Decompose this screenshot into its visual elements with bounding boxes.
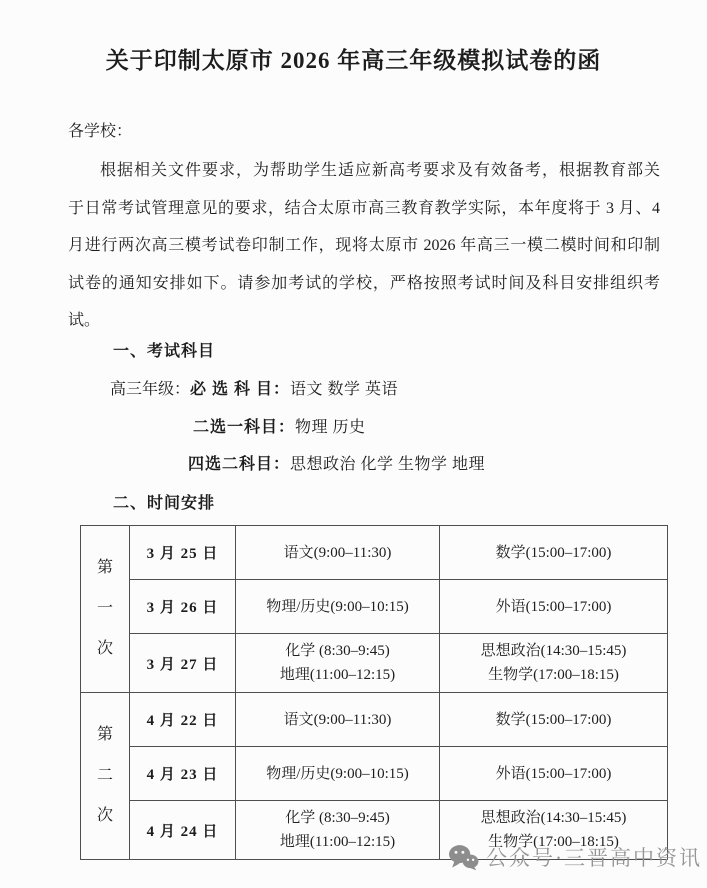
- section-heading-time-schedule: 二、时间安排: [113, 490, 215, 513]
- morning-exam-cell: 语文(9:00–11:30): [236, 693, 440, 747]
- table-row: 4 月 23 日 物理/历史(9:00–10:15) 外语(15:00–17:0…: [81, 747, 668, 801]
- date-cell: 4 月 24 日: [130, 801, 236, 860]
- table-row: 3 月 26 日 物理/历史(9:00–10:15) 外语(15:00–17:0…: [81, 580, 668, 634]
- choose-one-value: 物理 历史: [295, 419, 366, 436]
- body-paragraph: 根据相关文件要求，为帮助学生适应新高考要求及有效备考，根据教育部关 于日常考试管…: [68, 152, 660, 340]
- body-line: 于日常考试管理意见的要求，结合太原市高三教育教学实际，本年度将于 3 月、4: [68, 190, 660, 228]
- salutation: 各学校：: [68, 118, 132, 141]
- table-row: 第一次 3 月 25 日 语文(9:00–11:30) 数学(15:00–17:…: [81, 526, 668, 580]
- date-cell: 4 月 23 日: [130, 747, 236, 801]
- body-line: 试。: [68, 302, 660, 340]
- body-line: 月进行两次高三模考试卷印制工作，现将太原市 2026 年高三一模二模时间和印制: [68, 227, 660, 265]
- afternoon-exam-cell: 思想政治(14:30–15:45)生物学(17:00–18:15): [440, 634, 668, 693]
- morning-exam-cell: 化学 (8:30–9:45)地理(11:00–12:15): [236, 801, 440, 860]
- morning-exam-cell: 化学 (8:30–9:45)地理(11:00–12:15): [236, 634, 440, 693]
- document-page: { "title": "关于印制太原市 2026 年高三年级模拟试卷的函", "…: [0, 0, 707, 888]
- morning-exam-cell: 物理/历史(9:00–10:15): [236, 747, 440, 801]
- body-line: 根据相关文件要求，为帮助学生适应新高考要求及有效备考，根据教育部关: [68, 152, 660, 190]
- grade-label: 高三年级：: [110, 381, 190, 398]
- date-cell: 3 月 25 日: [130, 526, 236, 580]
- choose-two-subjects-line: 四选二科目：思想政治 化学 生物学 地理: [188, 451, 485, 474]
- morning-exam-cell: 物理/历史(9:00–10:15): [236, 580, 440, 634]
- watermark: 公众号·三晋高中资讯: [448, 842, 702, 872]
- body-line: 试卷的通知安排如下。请参加考试的学校，严格按照考试时间及科目安排组织考: [68, 265, 660, 303]
- exam-schedule-table: 第一次 3 月 25 日 语文(9:00–11:30) 数学(15:00–17:…: [80, 525, 668, 860]
- section-heading-exam-subjects: 一、考试科目: [113, 338, 215, 361]
- choose-one-label: 二选一科目：: [193, 419, 295, 436]
- afternoon-exam-cell: 外语(15:00–17:00): [440, 747, 668, 801]
- choose-one-subjects-line: 二选一科目：物理 历史: [193, 414, 366, 437]
- document-title: 关于印制太原市 2026 年高三年级模拟试卷的函: [0, 42, 707, 75]
- afternoon-exam-cell: 数学(15:00–17:00): [440, 693, 668, 747]
- wechat-icon: [448, 844, 479, 871]
- required-subjects-line: 高三年级：必 选 科 目：语文 数学 英语: [110, 376, 398, 399]
- date-cell: 4 月 22 日: [130, 693, 236, 747]
- table-row: 第二次 4 月 22 日 语文(9:00–11:30) 数学(15:00–17:…: [81, 693, 668, 747]
- session-group-name: 第一次: [96, 548, 114, 670]
- afternoon-exam-cell: 外语(15:00–17:00): [440, 580, 668, 634]
- session-group-name: 第二次: [96, 715, 114, 837]
- date-cell: 3 月 27 日: [130, 634, 236, 693]
- required-subjects-value: 语文 数学 英语: [290, 381, 398, 398]
- date-cell: 3 月 26 日: [130, 580, 236, 634]
- table-row: 3 月 27 日 化学 (8:30–9:45)地理(11:00–12:15) 思…: [81, 634, 668, 693]
- session-group-cell: 第二次: [81, 693, 130, 860]
- choose-two-label: 四选二科目：: [188, 456, 290, 473]
- choose-two-value: 思想政治 化学 生物学 地理: [290, 456, 485, 473]
- morning-exam-cell: 语文(9:00–11:30): [236, 526, 440, 580]
- watermark-text: 公众号·三晋高中资讯: [486, 842, 702, 872]
- session-group-cell: 第一次: [81, 526, 130, 693]
- afternoon-exam-cell: 数学(15:00–17:00): [440, 526, 668, 580]
- required-subjects-label: 必 选 科 目：: [190, 381, 290, 398]
